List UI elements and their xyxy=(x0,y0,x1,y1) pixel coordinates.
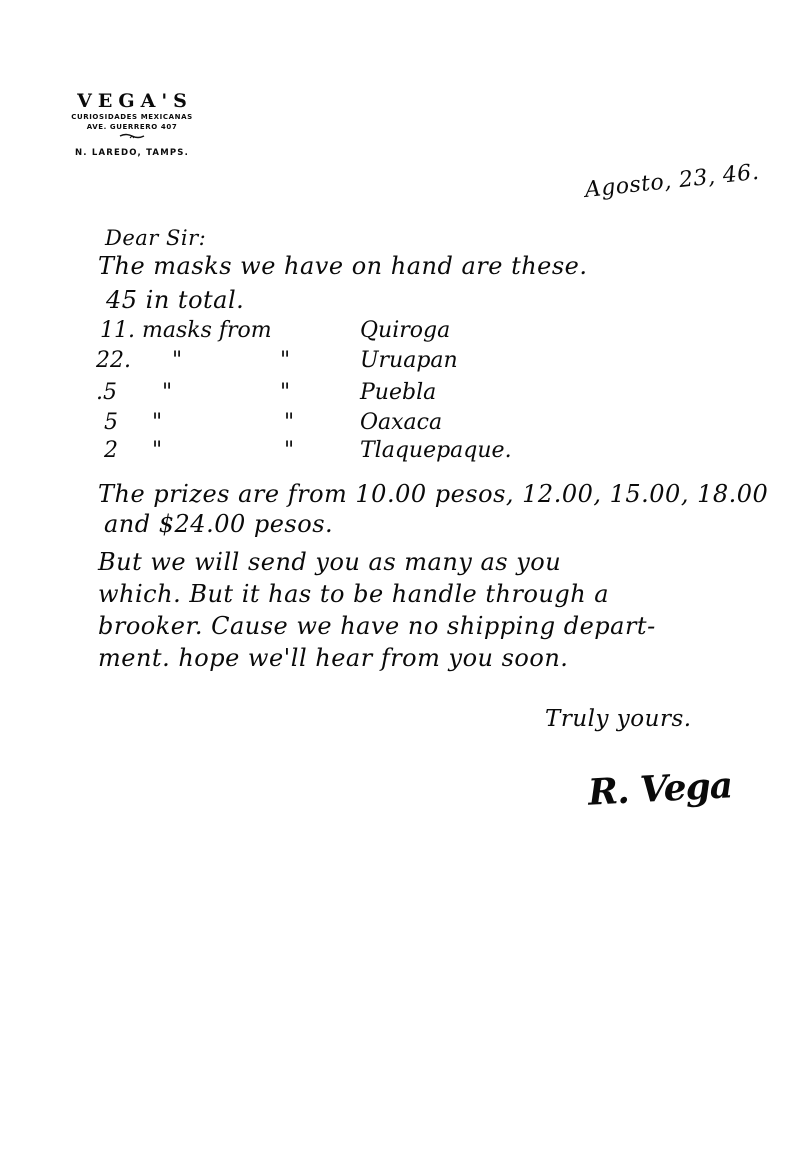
signature: R. Vega xyxy=(587,764,733,813)
letterhead: VEGA'S CURIOSIDADES MEXICANAS AVE. GUERR… xyxy=(52,90,212,158)
mask-ditto: " xyxy=(152,438,162,463)
mask-ditto: " xyxy=(284,438,294,463)
letter-date: Agosto, 23, 46. xyxy=(584,160,761,203)
mask-origin: Uruapan xyxy=(360,348,458,373)
mask-count: 2 xyxy=(104,438,118,463)
closing: Truly yours. xyxy=(545,706,692,732)
mask-ditto: " xyxy=(172,348,182,373)
body-line: But we will send you as many as you xyxy=(98,548,561,576)
mask-count: 5 xyxy=(104,410,118,435)
mask-count: .5 xyxy=(96,380,117,405)
mask-origin: Quiroga xyxy=(360,318,450,343)
mask-origin: Oaxaca xyxy=(360,410,442,435)
mask-ditto: " xyxy=(280,380,290,405)
prices-line: The prizes are from 10.00 pesos, 12.00, … xyxy=(98,480,768,508)
mask-count: 22. xyxy=(96,348,131,373)
business-tagline: CURIOSIDADES MEXICANAS xyxy=(52,112,212,122)
business-city: N. LAREDO, TAMPS. xyxy=(52,148,212,158)
mask-text: masks from xyxy=(142,318,272,343)
mask-ditto: " xyxy=(280,348,290,373)
salutation: Dear Sir: xyxy=(105,226,206,250)
flourish-icon xyxy=(119,132,145,140)
body-line: brooker. Cause we have no shipping depar… xyxy=(98,612,656,640)
mask-ditto: " xyxy=(152,410,162,435)
intro-line: The masks we have on hand are these. xyxy=(98,252,588,280)
mask-origin: Puebla xyxy=(360,380,436,405)
mask-ditto: " xyxy=(284,410,294,435)
business-name: VEGA'S xyxy=(58,90,212,112)
mask-count: 11. xyxy=(100,318,135,343)
mask-origin: Tlaquepaque. xyxy=(360,438,512,463)
mask-ditto: " xyxy=(162,380,172,405)
body-line: ment. hope we'll hear from you soon. xyxy=(98,644,568,672)
intro-line: 45 in total. xyxy=(106,286,244,314)
prices-line: and $24.00 pesos. xyxy=(104,510,333,538)
business-address: AVE. GUERRERO 407 xyxy=(52,122,212,132)
body-line: which. But it has to be handle through a xyxy=(98,580,609,608)
